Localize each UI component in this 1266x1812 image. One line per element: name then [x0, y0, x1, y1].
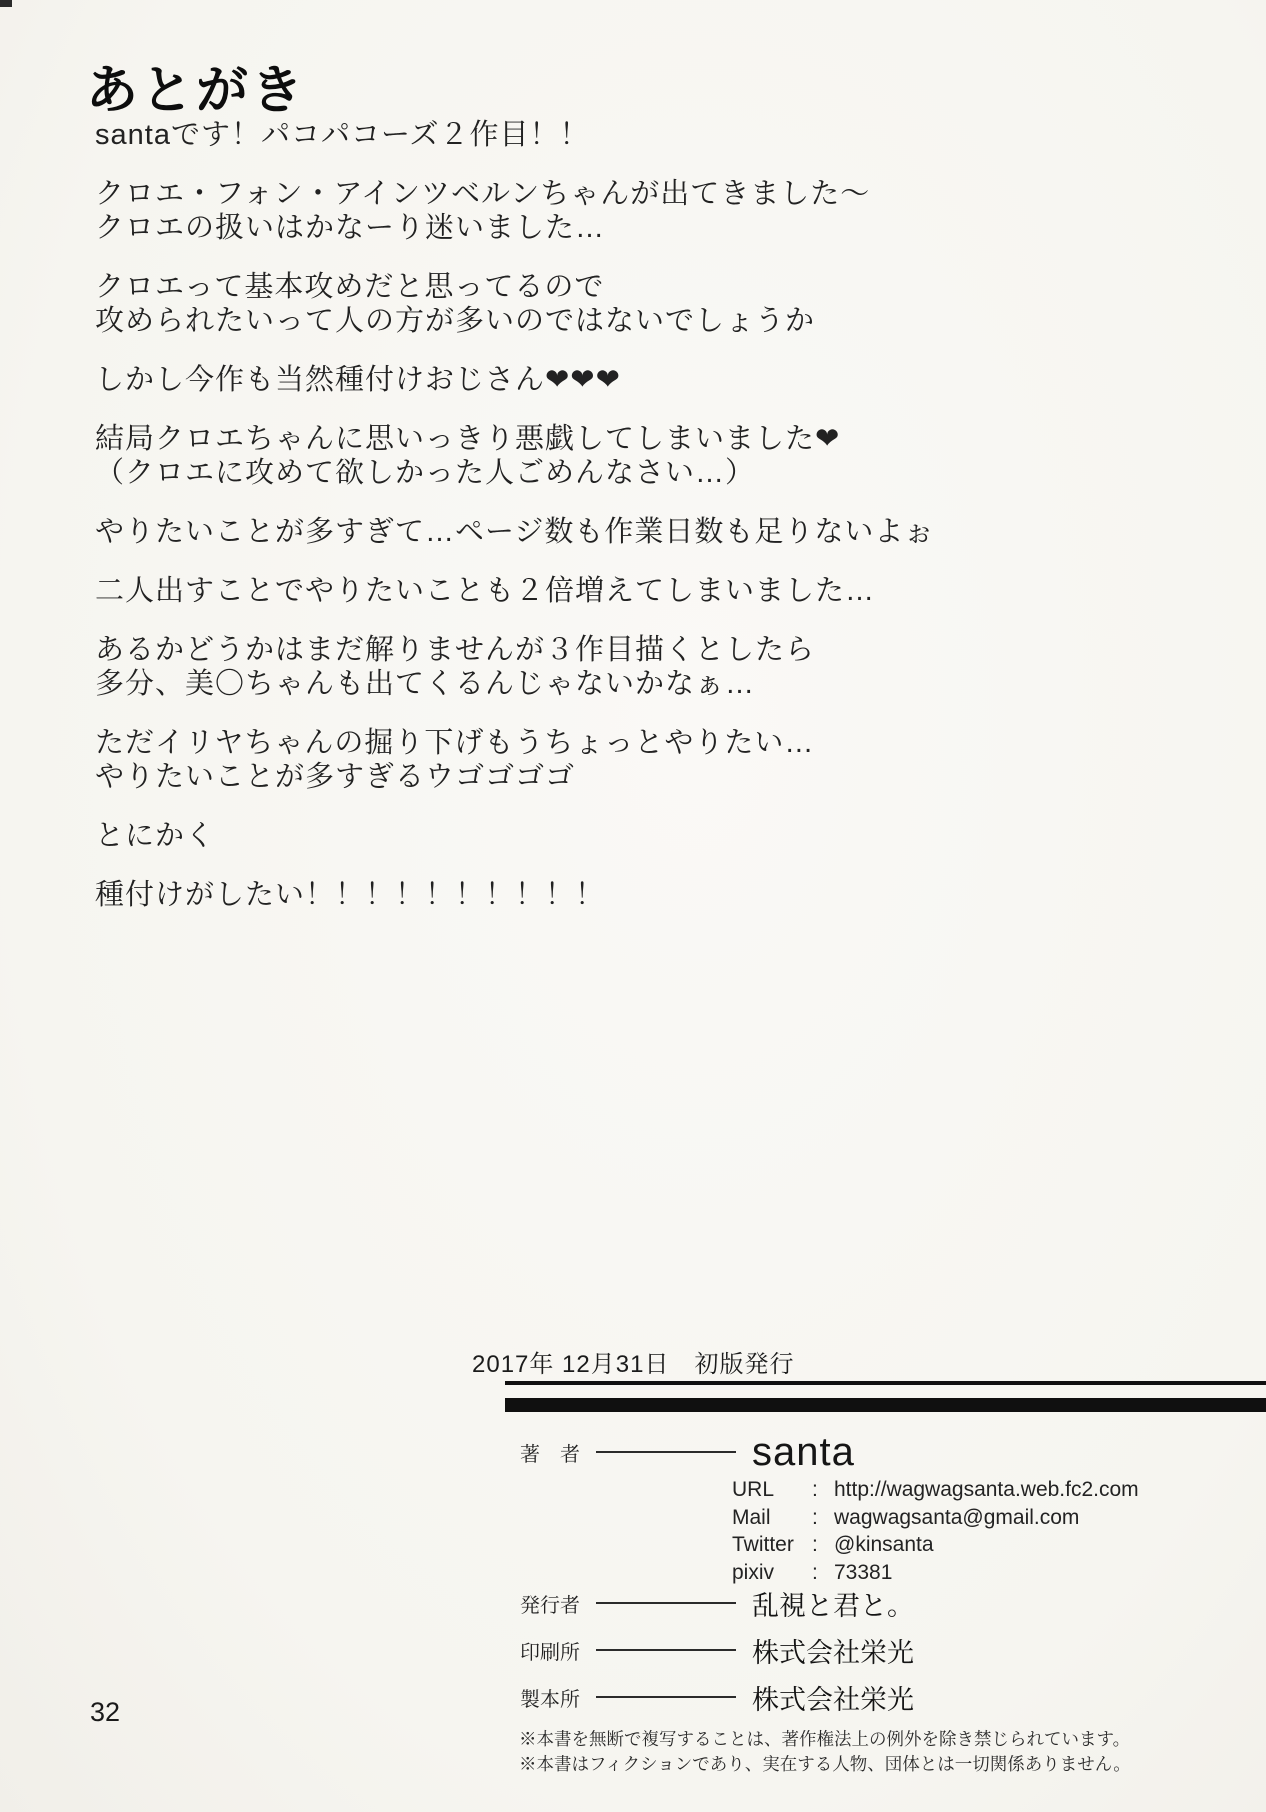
afterword-paragraph: クロエって基本攻めだと思ってるので攻められたいって人の方が多いのではないでしょう… — [95, 270, 1175, 338]
text-line: （クロエに攻めて欲しかった人ごめんなさい…） — [95, 456, 1175, 490]
disclaimer-line: ※本書はフィクションであり、実在する人物、団体とは一切関係ありません。 — [519, 1752, 1131, 1777]
label-dash-line — [596, 1451, 736, 1453]
colophon-row: 製本所株式会社栄光 — [520, 1682, 914, 1712]
afterword-paragraph: santaです！パコパコーズ２作目！！ — [95, 118, 1175, 152]
text-line: 二人出すことでやりたいことも２倍増えてしまいました… — [95, 574, 1175, 608]
afterword-paragraph: あるかどうかはまだ解りませんが３作目描くとしたら多分、美〇ちゃんも出てくるんじゃ… — [95, 633, 1175, 701]
publication-date: 2017年 12月31日 初版発行 — [472, 1344, 794, 1379]
text-line: クロエ・フォン・アインツベルンちゃんが出てきました～ — [95, 177, 1175, 211]
afterword-paragraph: クロエ・フォン・アインツベルンちゃんが出てきました～クロエの扱いはかなーり迷いま… — [95, 177, 1175, 245]
contact-key: pixiv — [732, 1559, 812, 1587]
text-line: クロエって基本攻めだと思ってるので — [95, 270, 1175, 304]
colophon-row-label: 印刷所 — [520, 1636, 586, 1665]
contact-value: @kinsanta — [834, 1531, 934, 1559]
afterword-paragraph: 種付けがしたい！！！！！！！！！！ — [95, 878, 1175, 912]
afterword-paragraph: 結局クロエちゃんに思いっきり悪戯してしまいました❤（クロエに攻めて欲しかった人ご… — [95, 422, 1175, 490]
text-line: しかし今作も当然種付けおじさん❤❤❤ — [95, 363, 1175, 397]
contact-row: pixiv:73381 — [732, 1559, 1139, 1587]
contact-key: Twitter — [732, 1531, 812, 1559]
colophon-row-label: 製本所 — [520, 1683, 586, 1712]
text-line: 攻められたいって人の方が多いのではないでしょうか — [95, 304, 1175, 338]
text-line: クロエの扱いはかなーり迷いました… — [95, 211, 1175, 245]
colophon-row-value: 株式会社栄光 — [752, 1678, 914, 1717]
author-name: santa — [752, 1432, 855, 1472]
colophon-rule-thick — [505, 1398, 1266, 1412]
colophon-row-value: 乱視と君と。 — [752, 1584, 914, 1623]
colophon-row-value: 株式会社栄光 — [752, 1631, 914, 1670]
afterword-paragraph: とにかく — [95, 819, 1175, 853]
text-line: やりたいことが多すぎるウゴゴゴゴ — [95, 760, 1175, 794]
contact-colon: : — [812, 1531, 834, 1559]
contact-row: Mail:wagwagsanta@gmail.com — [732, 1504, 1139, 1532]
contact-row: URL:http://wagwagsanta.web.fc2.com — [732, 1476, 1139, 1504]
text-line: santaです！パコパコーズ２作目！！ — [95, 118, 1175, 152]
scanned-afterword-page: あとがき santaです！パコパコーズ２作目！！クロエ・フォン・アインツベルンち… — [0, 0, 1266, 1812]
contact-colon: : — [812, 1559, 834, 1587]
label-dash-line — [596, 1649, 736, 1651]
afterword-paragraph: しかし今作も当然種付けおじさん❤❤❤ — [95, 363, 1175, 397]
contact-value: 73381 — [834, 1559, 892, 1587]
colophon-info-rows: 発行者乱視と君と。印刷所株式会社栄光製本所株式会社栄光 — [520, 1588, 914, 1729]
afterword-paragraph: やりたいことが多すぎて…ページ数も作業日数も足りないよぉ — [95, 515, 1175, 549]
contact-key: URL — [732, 1476, 812, 1504]
text-line: 結局クロエちゃんに思いっきり悪戯してしまいました❤ — [95, 422, 1175, 456]
contact-value: http://wagwagsanta.web.fc2.com — [834, 1476, 1139, 1504]
colophon-row: 発行者乱視と君と。 — [520, 1588, 914, 1618]
text-line: とにかく — [95, 819, 1175, 853]
scan-artifact — [0, 0, 12, 7]
afterword-paragraph: ただイリヤちゃんの掘り下げもうちょっとやりたい…やりたいことが多すぎるウゴゴゴゴ — [95, 726, 1175, 794]
contact-colon: : — [812, 1504, 834, 1532]
text-line: 多分、美〇ちゃんも出てくるんじゃないかなぁ… — [95, 667, 1175, 701]
text-line: やりたいことが多すぎて…ページ数も作業日数も足りないよぉ — [95, 515, 1175, 549]
contact-value: wagwagsanta@gmail.com — [834, 1504, 1079, 1532]
text-line: ただイリヤちゃんの掘り下げもうちょっとやりたい… — [95, 726, 1175, 760]
copyright-disclaimers: ※本書を無断で複写することは、著作権法上の例外を除き禁じられています。※本書はフ… — [519, 1727, 1131, 1776]
colophon-row: 印刷所株式会社栄光 — [520, 1635, 914, 1665]
contact-colon: : — [812, 1476, 834, 1504]
text-line: あるかどうかはまだ解りませんが３作目描くとしたら — [95, 633, 1175, 667]
label-dash-line — [596, 1602, 736, 1604]
contact-key: Mail — [732, 1504, 812, 1532]
afterword-body: santaです！パコパコーズ２作目！！クロエ・フォン・アインツベルンちゃんが出て… — [95, 118, 1175, 937]
page-number: 32 — [90, 1697, 120, 1728]
afterword-paragraph: 二人出すことでやりたいことも２倍増えてしまいました… — [95, 574, 1175, 608]
contact-row: Twitter:@kinsanta — [732, 1531, 1139, 1559]
author-contact-list: URL:http://wagwagsanta.web.fc2.comMail:w… — [732, 1476, 1139, 1586]
colophon-author-row: 著 者 santa — [520, 1432, 855, 1472]
page-title: あとがき — [86, 48, 306, 123]
label-dash-line — [596, 1696, 736, 1698]
disclaimer-line: ※本書を無断で複写することは、著作権法上の例外を除き禁じられています。 — [519, 1727, 1131, 1752]
author-label: 著 者 — [520, 1438, 586, 1467]
colophon-row-label: 発行者 — [520, 1589, 586, 1618]
colophon-rule-thin — [505, 1381, 1266, 1385]
text-line: 種付けがしたい！！！！！！！！！！ — [95, 878, 1175, 912]
